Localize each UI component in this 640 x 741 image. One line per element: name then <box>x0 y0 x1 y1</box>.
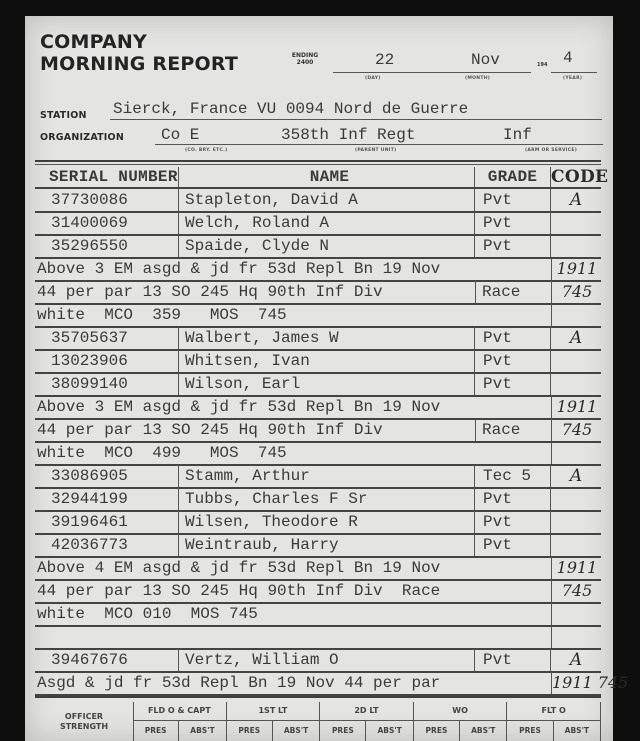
absent-column: ABS'T <box>366 721 412 741</box>
strength-group-title: FLD O & CAPT <box>133 702 226 721</box>
form-title-line2: MORNING REPORT <box>40 54 238 75</box>
serial-number: 33086905 <box>35 465 179 487</box>
serial-number: 37730086 <box>35 189 179 211</box>
roster-remark-row: 44 per par 13 SO 245 Hq 90th Inf DivRace… <box>35 419 601 443</box>
roster-remark-row: Above 3 EM asgd & jd fr 53d Repl Bn 19 N… <box>35 396 601 420</box>
roster-remark-row: white MCO 010 MOS 745 <box>35 603 601 627</box>
grade: Pvt <box>475 327 551 349</box>
grade: Pvt <box>475 373 551 395</box>
org-regiment-caption: (PARENT UNIT) <box>355 148 397 153</box>
roster-entry-row: 38099140Wilson, EarlPvt <box>35 373 601 397</box>
remark-code: 745 <box>551 580 602 602</box>
officer-strength-label: OFFICER STRENGTH <box>35 702 134 741</box>
soldier-name: Welch, Roland A <box>179 212 475 234</box>
grade: Pvt <box>475 488 551 510</box>
station-label: STATION <box>40 110 87 121</box>
remark-text: Asgd & jd fr 53d Repl Bn 19 Nov 44 per p… <box>37 672 477 694</box>
officer-strength-group: 2D LTPRESABS'T <box>320 702 414 741</box>
grade: Pvt <box>475 235 551 257</box>
remark-code: 745 <box>551 419 602 441</box>
present-column: PRES <box>227 721 273 741</box>
ending-label: ENDING 2400 <box>289 52 321 66</box>
soldier-name: Walbert, James W <box>179 327 475 349</box>
officer-strength-group: FLT OPRESABS'T <box>507 702 601 741</box>
year-prefix: 194 <box>537 62 547 69</box>
absent-column: ABS'T <box>273 721 319 741</box>
month-caption: (MONTH) <box>465 76 490 81</box>
code <box>551 488 601 510</box>
present-column: PRES <box>507 721 553 741</box>
remark-text: white MCO 499 MOS 745 <box>37 442 477 464</box>
soldier-name: Wilson, Earl <box>179 373 475 395</box>
org-regiment: 358th Inf Regt <box>281 126 415 144</box>
remark-code: 745 <box>551 281 602 303</box>
roster-remark-row: white MCO 499 MOS 745 <box>35 442 601 466</box>
officer-strength-group: FLD O & CAPTPRESABS'T <box>133 702 227 741</box>
remark-grade: Race <box>475 419 551 441</box>
soldier-name: Stapleton, David A <box>179 189 475 211</box>
soldier-name: Spaide, Clyde N <box>179 235 475 257</box>
roster-remark-row: Asgd & jd fr 53d Repl Bn 19 Nov 44 per p… <box>35 672 601 696</box>
officer-strength-section: OFFICER STRENGTH FLD O & CAPTPRESABS'T1S… <box>35 702 601 741</box>
org-arm: Inf <box>503 126 532 144</box>
soldier-name: Vertz, William O <box>179 649 475 671</box>
col-grade: GRADE <box>475 167 551 187</box>
grade: Pvt <box>475 534 551 556</box>
code: A <box>551 649 601 671</box>
remark-text: Above 4 EM asgd & jd fr 53d Repl Bn 19 N… <box>37 557 477 579</box>
soldier-name: Whitsen, Ivan <box>179 350 475 372</box>
remark-code <box>551 304 602 326</box>
roster-entry-row: 39196461Wilsen, Theodore RPvt <box>35 511 601 535</box>
officer-strength-group: WOPRESABS'T <box>414 702 508 741</box>
absent-column: ABS'T <box>179 721 225 741</box>
org-arm-caption: (ARM OR SERVICE) <box>525 148 577 153</box>
col-name: NAME <box>179 167 475 187</box>
officer-strength-label-line1: OFFICER <box>60 712 108 722</box>
remark-code: 1911 <box>551 258 602 280</box>
present-column: PRES <box>414 721 460 741</box>
remark-code: 1911 <box>551 557 602 579</box>
soldier-name: Stamm, Arthur <box>179 465 475 487</box>
org-company: Co E <box>161 126 199 144</box>
roster-entry-row: 31400069Welch, Roland APvt <box>35 212 601 236</box>
organization-label: ORGANIZATION <box>40 132 124 143</box>
remark-code: 1911 <box>551 396 602 418</box>
absent-column: ABS'T <box>460 721 506 741</box>
code <box>551 534 601 556</box>
code <box>551 511 601 533</box>
station-value: Sierck, France VU 0094 Nord de Guerre <box>113 100 468 118</box>
col-code: CODE <box>551 167 601 187</box>
ending-year: 4 <box>563 49 573 67</box>
strength-group-title: 2D LT <box>320 702 413 721</box>
grade: Pvt <box>475 189 551 211</box>
ending-day: 22 <box>375 51 394 69</box>
code: A <box>551 189 601 211</box>
grade: Pvt <box>475 350 551 372</box>
serial-number: 38099140 <box>35 373 179 395</box>
present-column: PRES <box>133 721 179 741</box>
serial-number: 35296550 <box>35 235 179 257</box>
remark-text: 44 per par 13 SO 245 Hq 90th Inf Div <box>37 419 477 441</box>
roster-remark-row: Above 4 EM asgd & jd fr 53d Repl Bn 19 N… <box>35 557 601 581</box>
code <box>551 350 601 372</box>
roster-remark-row: Above 3 EM asgd & jd fr 53d Repl Bn 19 N… <box>35 258 601 282</box>
code: A <box>551 327 601 349</box>
soldier-name: Weintraub, Harry <box>179 534 475 556</box>
org-company-caption: (CO. BRY. ETC.) <box>185 148 228 153</box>
soldier-name: Wilsen, Theodore R <box>179 511 475 533</box>
remark-code <box>551 603 602 625</box>
roster-header-row: SERIAL NUMBER NAME GRADE CODE <box>35 167 601 189</box>
remark-text: 44 per par 13 SO 245 Hq 90th Inf Div Rac… <box>37 580 477 602</box>
remark-text <box>37 626 477 648</box>
form-title-line1: COMPANY <box>40 32 147 53</box>
grade: Pvt <box>475 212 551 234</box>
col-serial-number: SERIAL NUMBER <box>35 167 179 187</box>
serial-number: 32944199 <box>35 488 179 510</box>
soldier-name: Tubbs, Charles F Sr <box>179 488 475 510</box>
remark-text: Above 3 EM asgd & jd fr 53d Repl Bn 19 N… <box>37 258 477 280</box>
roster-entry-row: 13023906Whitsen, IvanPvt <box>35 350 601 374</box>
roster-remark-row: white MCO 359 MOS 745 <box>35 304 601 328</box>
roster-remark-row: 44 per par 13 SO 245 Hq 90th Inf DivRace… <box>35 281 601 305</box>
serial-number: 42036773 <box>35 534 179 556</box>
roster-entry-row: 32944199Tubbs, Charles F SrPvt <box>35 488 601 512</box>
ending-label-line2: 2400 <box>289 59 321 66</box>
serial-number: 35705637 <box>35 327 179 349</box>
remark-text: Above 3 EM asgd & jd fr 53d Repl Bn 19 N… <box>37 396 477 418</box>
grade: Pvt <box>475 649 551 671</box>
absent-column: ABS'T <box>554 721 600 741</box>
roster-entry-row: 39467676Vertz, William OPvtA <box>35 649 601 673</box>
morning-report-form: COMPANY MORNING REPORT ENDING 2400 22 (D… <box>25 16 613 741</box>
code: A <box>551 465 601 487</box>
roster-entry-row: 35705637Walbert, James WPvtA <box>35 327 601 351</box>
day-caption: (DAY) <box>365 76 381 81</box>
serial-number: 13023906 <box>35 350 179 372</box>
roster-entry-row: 35296550Spaide, Clyde NPvt <box>35 235 601 259</box>
roster-entry-row: 33086905Stamm, ArthurTec 5A <box>35 465 601 489</box>
officer-strength-label-line2: STRENGTH <box>60 722 108 732</box>
roster-remark-row: 44 per par 13 SO 245 Hq 90th Inf Div Rac… <box>35 580 601 604</box>
remark-code: 1911 745 <box>551 672 602 694</box>
remark-text: white MCO 010 MOS 745 <box>37 603 477 625</box>
serial-number: 31400069 <box>35 212 179 234</box>
remark-grade: Race <box>475 281 551 303</box>
code <box>551 373 601 395</box>
year-caption: (YEAR) <box>563 76 582 81</box>
code <box>551 235 601 257</box>
remark-text: 44 per par 13 SO 245 Hq 90th Inf Div <box>37 281 477 303</box>
serial-number: 39467676 <box>35 649 179 671</box>
roster-blank-row <box>35 626 601 650</box>
roster-entry-row: 42036773Weintraub, HarryPvt <box>35 534 601 558</box>
remark-code <box>551 626 602 648</box>
present-column: PRES <box>320 721 366 741</box>
ending-label-line1: ENDING <box>289 52 321 59</box>
serial-number: 39196461 <box>35 511 179 533</box>
strength-group-title: WO <box>414 702 507 721</box>
code <box>551 212 601 234</box>
ending-month: Nov <box>471 51 500 69</box>
strength-group-title: FLT O <box>507 702 600 721</box>
remark-text: white MCO 359 MOS 745 <box>37 304 477 326</box>
remark-code <box>551 442 602 464</box>
officer-strength-group: 1ST LTPRESABS'T <box>227 702 321 741</box>
grade: Tec 5 <box>475 465 551 487</box>
roster-entry-row: 37730086Stapleton, David APvtA <box>35 189 601 213</box>
grade: Pvt <box>475 511 551 533</box>
strength-group-title: 1ST LT <box>227 702 320 721</box>
